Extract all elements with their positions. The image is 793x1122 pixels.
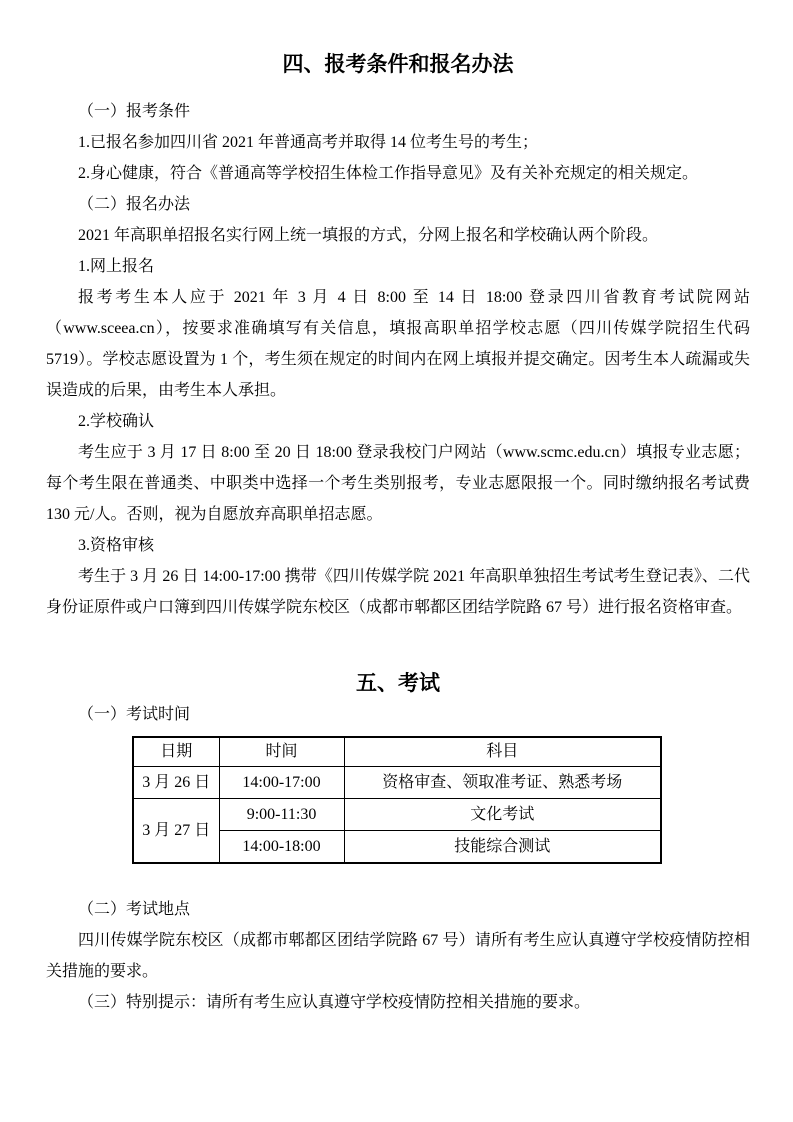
paragraph-school-confirmation-detail: 考生应于 3 月 17 日 8:00 至 20 日 18:00 登录我校门户网站… — [46, 437, 750, 530]
section-title-registration: 四、报考条件和报名办法 — [46, 50, 750, 80]
paragraph-condition-2: 2.身心健康，符合《普通高等学校招生体检工作指导意见》及有关补充规定的相关规定。 — [46, 158, 750, 189]
paragraph-school-confirmation-heading: 2.学校确认 — [46, 406, 750, 437]
exam-schedule-table: 日期 时间 科目 3 月 26 日 14:00-17:00 资格审查、领取准考证… — [132, 736, 662, 864]
paragraph-registration-conditions-heading: （一）报考条件 — [46, 96, 750, 127]
table-cell-time: 14:00-17:00 — [219, 767, 344, 799]
paragraph-qualification-review-detail: 考生于 3 月 26 日 14:00-17:00 携带《四川传媒学院 2021 … — [46, 561, 750, 623]
paragraph-method-overview: 2021 年高职单招报名实行网上统一填报的方式，分网上报名和学校确认两个阶段。 — [46, 220, 750, 251]
table-header-row: 日期 时间 科目 — [133, 737, 661, 767]
section-title-exam: 五、考试 — [46, 669, 750, 699]
table-header-time: 时间 — [219, 737, 344, 767]
table-header-date: 日期 — [133, 737, 219, 767]
table-header-subject: 科目 — [344, 737, 661, 767]
paragraph-online-registration-heading: 1.网上报名 — [46, 251, 750, 282]
table-cell-time: 9:00-11:30 — [219, 799, 344, 831]
table-row: 3 月 26 日 14:00-17:00 资格审查、领取准考证、熟悉考场 — [133, 767, 661, 799]
paragraph-exam-time-heading: （一）考试时间 — [46, 699, 750, 730]
table-cell-date: 3 月 27 日 — [133, 799, 219, 864]
table-cell-date: 3 月 26 日 — [133, 767, 219, 799]
paragraph-online-registration-detail: 报考考生本人应于 2021 年 3 月 4 日 8:00 至 14 日 18:0… — [46, 282, 750, 406]
table-cell-subject: 技能综合测试 — [344, 831, 661, 864]
paragraph-exam-location-heading: （二）考试地点 — [46, 894, 750, 925]
paragraph-special-notice: （三）特别提示：请所有考生应认真遵守学校疫情防控相关措施的要求。 — [46, 987, 750, 1018]
table-row: 3 月 27 日 9:00-11:30 文化考试 — [133, 799, 661, 831]
paragraph-exam-location-detail: 四川传媒学院东校区（成都市郫都区团结学院路 67 号）请所有考生应认真遵守学校疫… — [46, 925, 750, 987]
table-cell-subject: 文化考试 — [344, 799, 661, 831]
document-page: 四、报考条件和报名办法 （一）报考条件 1.已报名参加四川省 2021 年普通高… — [0, 0, 793, 1122]
paragraph-registration-method-heading: （二）报名办法 — [46, 189, 750, 220]
paragraph-condition-1: 1.已报名参加四川省 2021 年普通高考并取得 14 位考生号的考生； — [46, 127, 750, 158]
table-cell-subject: 资格审查、领取准考证、熟悉考场 — [344, 767, 661, 799]
table-cell-time: 14:00-18:00 — [219, 831, 344, 864]
paragraph-qualification-review-heading: 3.资格审核 — [46, 530, 750, 561]
